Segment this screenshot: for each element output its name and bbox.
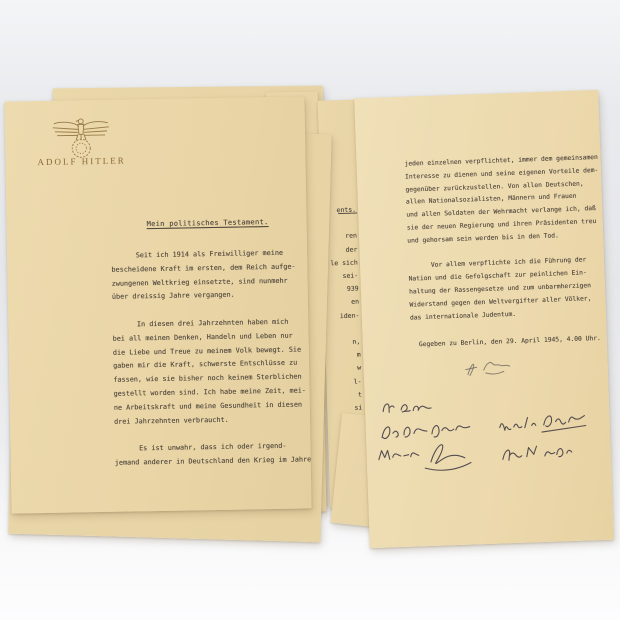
- witness-name-2: [387, 452, 389, 454]
- burgdorf-signature: [499, 415, 586, 434]
- right-page: jeden einzelnen verpflichtet, immer dem …: [354, 90, 614, 548]
- witness-name-1: [396, 427, 398, 429]
- witness-name-4: [507, 453, 509, 455]
- date-line: Gegeben zu Berlin, den 29. April 1945, 4…: [419, 335, 601, 348]
- eagle-emblem-icon: [51, 114, 112, 161]
- letterhead-name: ADOLF HITLER: [37, 156, 125, 168]
- left-page: ADOLF HITLER Mein politisches Testament.…: [4, 96, 311, 513]
- left-page-body: Seit ich 1914 als Freiwilliger meine bes…: [111, 246, 311, 470]
- witness-label-script: [383, 402, 431, 412]
- witness-name-3: [506, 423, 508, 425]
- witness-label: [383, 406, 385, 408]
- document-photo: m von chen i- k- dt na- s aube, o- ten u…: [0, 0, 620, 620]
- bormann-signature: [378, 444, 471, 473]
- krebs-signature: [502, 445, 571, 460]
- witness-signature-block: [373, 390, 602, 484]
- right-page-body: jeden einzelnen verpflichtet, immer dem …: [404, 152, 603, 325]
- document-title: Mein politisches Testament.: [147, 218, 269, 228]
- hitler-signature: [459, 355, 520, 383]
